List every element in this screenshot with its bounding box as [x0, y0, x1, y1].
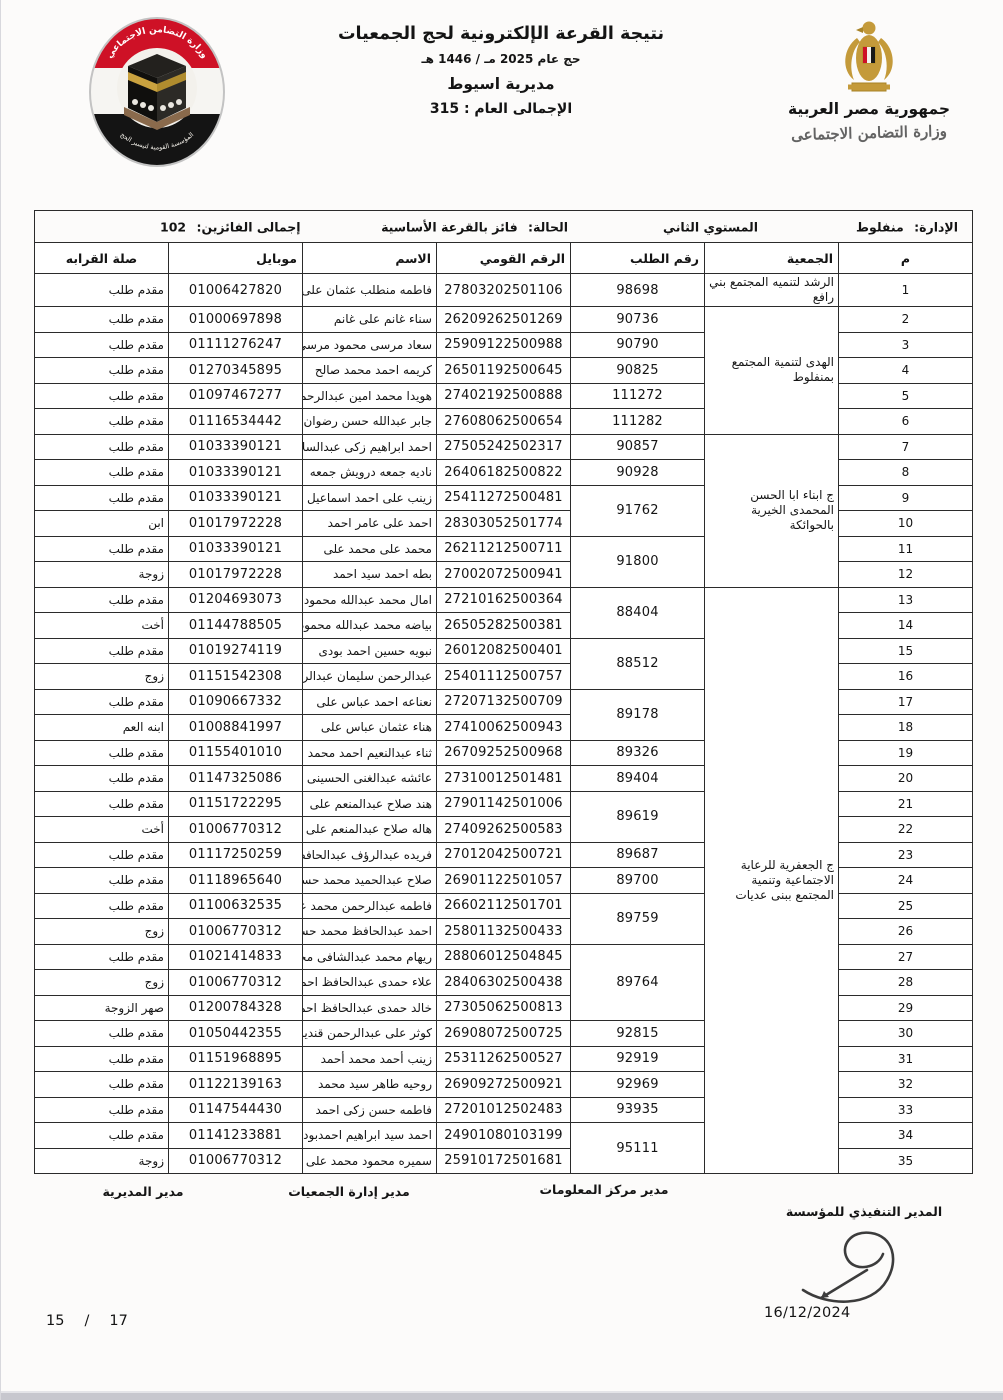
request-number-cell: 89700	[571, 868, 705, 894]
relation-cell: زوجة	[35, 1148, 169, 1174]
relation-cell: زوج	[35, 664, 169, 690]
directorate-title: مديرية اسيوط	[276, 75, 726, 93]
row-number-cell: 9	[839, 485, 973, 511]
national-id-cell: 27505242502317	[437, 434, 571, 460]
grand-total-value: 315	[430, 101, 459, 117]
administration-value: منفلوط	[856, 219, 904, 234]
mobile-cell: 01204693073	[169, 587, 303, 613]
row-number-cell: 20	[839, 766, 973, 792]
national-id-cell: 28406302500438	[437, 970, 571, 996]
mobile-cell: 01033390121	[169, 460, 303, 486]
administration-field: الإدارة: منفلوط	[856, 219, 958, 234]
relation-cell: زوج	[35, 970, 169, 996]
relation-cell: مقدم طلب	[35, 460, 169, 486]
pilgrim-name-cell: فاطمه منطلب عثمان على	[303, 274, 437, 307]
mobile-cell: 01151542308	[169, 664, 303, 690]
pilgrim-name-cell: هويدا محمد امين عبدالرحمن عيسى	[303, 383, 437, 409]
pilgrim-name-cell: فاطمه حسن زكى احمد	[303, 1097, 437, 1123]
administration-label: الإدارة:	[914, 219, 958, 234]
relation-cell: مقدم طلب	[35, 332, 169, 358]
national-id-cell: 27310012501481	[437, 766, 571, 792]
relation-cell: مقدم طلب	[35, 1046, 169, 1072]
mobile-cell: 01033390121	[169, 485, 303, 511]
hajj-foundation-badge: وزارة التضامن الاجتماعي المؤسسة القومية …	[85, 14, 229, 170]
row-number-cell: 4	[839, 358, 973, 384]
mobile-cell: 01006427820	[169, 274, 303, 307]
level-field: المستوي الثاني	[663, 219, 758, 234]
table-row: 13ج الجعفرية للرعاية الاجتماعية وتنمية ا…	[35, 587, 973, 613]
row-number-cell: 5	[839, 383, 973, 409]
pilgrim-name-cell: صلاح عبدالحميد محمد حسن	[303, 868, 437, 894]
row-number-cell: 33	[839, 1097, 973, 1123]
page-title: نتيجة القرعة الإلكترونية لحج الجمعيات	[276, 24, 726, 44]
mobile-cell: 01019274119	[169, 638, 303, 664]
relation-cell: مقدم طلب	[35, 409, 169, 435]
mobile-cell: 01122139163	[169, 1072, 303, 1098]
page-total: 17	[109, 1313, 127, 1329]
mobile-cell: 01017972228	[169, 562, 303, 588]
pilgrim-name-cell: ثناء عبدالنعيم احمد محمد	[303, 740, 437, 766]
document-date: 16/12/2024	[764, 1305, 851, 1321]
national-id-cell: 26012082500401	[437, 638, 571, 664]
relation-cell: مقدم طلب	[35, 485, 169, 511]
request-number-cell: 90825	[571, 358, 705, 384]
egypt-eagle-icon	[837, 16, 901, 96]
relation-cell: مقدم طلب	[35, 307, 169, 333]
national-id-cell: 27002072500941	[437, 562, 571, 588]
row-number-cell: 12	[839, 562, 973, 588]
mobile-cell: 01144788505	[169, 613, 303, 639]
pilgrim-name-cell: عائشه عبدالغنى الحسينى احمد	[303, 766, 437, 792]
row-number-cell: 24	[839, 868, 973, 894]
request-number-cell: 91800	[571, 536, 705, 587]
info-bar-row: الإدارة: منفلوط المستوي الثاني الحالة: ف…	[35, 211, 973, 243]
pilgrim-name-cell: كريمه احمد محمد صالح	[303, 358, 437, 384]
pilgrim-name-cell: سعاد مرسى محمود مرسى	[303, 332, 437, 358]
col-header-relation: صلة القرابه	[35, 243, 169, 274]
executive-signature-icon	[793, 1224, 928, 1314]
national-id-cell: 25311262500527	[437, 1046, 571, 1072]
national-id-cell: 27207132500709	[437, 689, 571, 715]
egypt-emblem-block: جمهورية مصر العربية وزارة التضامن الاجتم…	[769, 16, 969, 142]
national-id-cell: 27409262500583	[437, 817, 571, 843]
relation-cell: أخت	[35, 817, 169, 843]
row-number-cell: 21	[839, 791, 973, 817]
ministry-calligraphy: وزارة التضامن الاجتماعى	[769, 121, 969, 144]
row-number-cell: 26	[839, 919, 973, 945]
national-id-cell: 26406182500822	[437, 460, 571, 486]
relation-cell: مقدم طلب	[35, 638, 169, 664]
national-id-cell: 27402192500888	[437, 383, 571, 409]
row-number-cell: 19	[839, 740, 973, 766]
pilgrim-name-cell: هناء عثمان عباس على	[303, 715, 437, 741]
mobile-cell: 01141233881	[169, 1123, 303, 1149]
national-id-cell: 27210162500364	[437, 587, 571, 613]
relation-cell: مقدم طلب	[35, 1123, 169, 1149]
kaaba-badge-icon: وزارة التضامن الاجتماعي المؤسسة القومية …	[85, 14, 229, 170]
pilgrim-name-cell: عبدالرحمن سليمان عبدالرحمن ابوسكين	[303, 664, 437, 690]
request-number-cell: 89687	[571, 842, 705, 868]
pilgrim-name-cell: احمد عبدالحافظ محمد حسين شقر	[303, 919, 437, 945]
republic-title: جمهورية مصر العربية	[769, 100, 969, 118]
pilgrim-name-cell: علاء حمدى عبدالحافظ احمد	[303, 970, 437, 996]
request-number-cell: 91762	[571, 485, 705, 536]
mobile-cell: 01118965640	[169, 868, 303, 894]
row-number-cell: 6	[839, 409, 973, 435]
scan-edge-bar	[1, 1391, 1003, 1400]
request-number-cell: 88512	[571, 638, 705, 689]
mobile-cell: 01090667332	[169, 689, 303, 715]
winners-total-value: 102	[160, 219, 186, 234]
mobile-cell: 01270345895	[169, 358, 303, 384]
signatory-associations-manager: مدير إدارة الجمعيات	[269, 1184, 429, 1199]
mobile-cell: 01097467277	[169, 383, 303, 409]
mobile-cell: 01155401010	[169, 740, 303, 766]
national-id-cell: 26211212500711	[437, 536, 571, 562]
row-number-cell: 13	[839, 587, 973, 613]
national-id-cell: 27012042500721	[437, 842, 571, 868]
row-number-cell: 22	[839, 817, 973, 843]
row-number-cell: 15	[839, 638, 973, 664]
page-current: 15	[46, 1313, 64, 1329]
pilgrim-name-cell: سناء غانم على غانم	[303, 307, 437, 333]
table-row: 2الهدى لتنمية المجتمع بمنفلوط90736262092…	[35, 307, 973, 333]
row-number-cell: 17	[839, 689, 973, 715]
mobile-cell: 01008841997	[169, 715, 303, 741]
row-number-cell: 18	[839, 715, 973, 741]
status-label: الحالة:	[528, 219, 568, 234]
row-number-cell: 11	[839, 536, 973, 562]
row-number-cell: 29	[839, 995, 973, 1021]
col-header-mobile: موبايل	[169, 243, 303, 274]
relation-cell: مقدم طلب	[35, 587, 169, 613]
row-number-cell: 35	[839, 1148, 973, 1174]
header-center: نتيجة القرعة الإلكترونية لحج الجمعيات حج…	[276, 24, 726, 117]
mobile-cell: 01021414833	[169, 944, 303, 970]
signatory-directorate-manager: مدير المديرية	[73, 1184, 213, 1199]
relation-cell: مقدم طلب	[35, 434, 169, 460]
pilgrim-name-cell: كوثر على عبدالرحمن قنديل	[303, 1021, 437, 1047]
relation-cell: مقدم طلب	[35, 274, 169, 307]
relation-cell: مقدم طلب	[35, 944, 169, 970]
request-number-cell: 98698	[571, 274, 705, 307]
results-table: الإدارة: منفلوط المستوي الثاني الحالة: ف…	[34, 210, 973, 1174]
relation-cell: مقدم طلب	[35, 383, 169, 409]
national-id-cell: 24901080103199	[437, 1123, 571, 1149]
relation-cell: مقدم طلب	[35, 1097, 169, 1123]
request-number-cell: 90928	[571, 460, 705, 486]
relation-cell: ابن	[35, 511, 169, 537]
pilgrim-name-cell: امال محمد عبدالله محمود	[303, 587, 437, 613]
pilgrim-name-cell: هاله صلاح عبدالمنعم على	[303, 817, 437, 843]
relation-cell: مقدم طلب	[35, 1072, 169, 1098]
pilgrim-name-cell: فريده عبدالرؤف عبدالحافظ عبدالجواد	[303, 842, 437, 868]
request-number-cell: 89178	[571, 689, 705, 740]
row-number-cell: 23	[839, 842, 973, 868]
col-header-association: الجمعية	[705, 243, 839, 274]
pilgrim-name-cell: احمد ابراهيم زكى عبدالسلام	[303, 434, 437, 460]
pilgrim-name-cell: زينب أحمد محمد أحمد	[303, 1046, 437, 1072]
request-number-cell: 88404	[571, 587, 705, 638]
national-id-cell: 26501192500645	[437, 358, 571, 384]
relation-cell: مقدم طلب	[35, 842, 169, 868]
signatory-info-center-manager: مدير مركز المعلومات	[519, 1182, 689, 1197]
document-page: وزارة التضامن الاجتماعي المؤسسة القومية …	[0, 0, 1003, 1400]
col-header-name: الاسم	[303, 243, 437, 274]
row-number-cell: 1	[839, 274, 973, 307]
info-bar: الإدارة: منفلوط المستوي الثاني الحالة: ف…	[35, 211, 973, 243]
grand-total: الإجمالى العام : 315	[276, 101, 726, 117]
national-id-cell: 26908072500725	[437, 1021, 571, 1047]
request-number-cell: 111272	[571, 383, 705, 409]
national-id-cell: 27305062500813	[437, 995, 571, 1021]
row-number-cell: 34	[839, 1123, 973, 1149]
mobile-cell: 01151722295	[169, 791, 303, 817]
mobile-cell: 01147544430	[169, 1097, 303, 1123]
row-number-cell: 27	[839, 944, 973, 970]
national-id-cell: 27608062500654	[437, 409, 571, 435]
relation-cell: مقدم طلب	[35, 766, 169, 792]
col-header-request: رقم الطلب	[571, 243, 705, 274]
mobile-cell: 01033390121	[169, 434, 303, 460]
table-row: 7ج ابناء ابا الحسن المحمدى الخيرية بالحو…	[35, 434, 973, 460]
relation-cell: مقدم طلب	[35, 893, 169, 919]
mobile-cell: 01151968895	[169, 1046, 303, 1072]
pilgrim-name-cell: هند صلاح عبدالمنعم على	[303, 791, 437, 817]
relation-cell: صهر الزوجة	[35, 995, 169, 1021]
mobile-cell: 01100632535	[169, 893, 303, 919]
col-header-num: م	[839, 243, 973, 274]
pilgrim-name-cell: ناديه جمعه درويش جمعه	[303, 460, 437, 486]
national-id-cell: 27410062500943	[437, 715, 571, 741]
relation-cell: مقدم طلب	[35, 358, 169, 384]
mobile-cell: 01006770312	[169, 1148, 303, 1174]
row-number-cell: 10	[839, 511, 973, 537]
relation-cell: زوجة	[35, 562, 169, 588]
national-id-cell: 25411272500481	[437, 485, 571, 511]
request-number-cell: 90857	[571, 434, 705, 460]
request-number-cell: 93935	[571, 1097, 705, 1123]
request-number-cell: 92969	[571, 1072, 705, 1098]
relation-cell: مقدم طلب	[35, 536, 169, 562]
relation-cell: مقدم طلب	[35, 740, 169, 766]
relation-cell: مقدم طلب	[35, 1021, 169, 1047]
national-id-cell: 28806012504845	[437, 944, 571, 970]
request-number-cell: 89326	[571, 740, 705, 766]
page-indicator: 15 / 17	[46, 1313, 128, 1329]
mobile-cell: 01111276247	[169, 332, 303, 358]
row-number-cell: 30	[839, 1021, 973, 1047]
mobile-cell: 01000697898	[169, 307, 303, 333]
page-separator: /	[84, 1313, 89, 1329]
pilgrim-name-cell: محمد على محمد على	[303, 536, 437, 562]
mobile-cell: 01117250259	[169, 842, 303, 868]
relation-cell: مقدم طلب	[35, 689, 169, 715]
association-cell: ج الجعفرية للرعاية الاجتماعية وتنمية الم…	[705, 587, 839, 1174]
request-number-cell: 92919	[571, 1046, 705, 1072]
national-id-cell: 26901122501057	[437, 868, 571, 894]
pilgrim-name-cell: نعناعه احمد عباس على	[303, 689, 437, 715]
request-number-cell: 89759	[571, 893, 705, 944]
pilgrim-name-cell: بياضه محمد عبدالله محمود	[303, 613, 437, 639]
row-number-cell: 2	[839, 307, 973, 333]
mobile-cell: 01033390121	[169, 536, 303, 562]
national-id-cell: 25909122500988	[437, 332, 571, 358]
row-number-cell: 7	[839, 434, 973, 460]
grand-total-label: الإجمالى العام :	[464, 101, 572, 117]
results-table-head: الإدارة: منفلوط المستوي الثاني الحالة: ف…	[35, 211, 973, 274]
national-id-cell: 25401112500757	[437, 664, 571, 690]
pilgrim-name-cell: سميره محمود محمد على بودى	[303, 1148, 437, 1174]
signatory-executive-manager: المدير التنفيذي للمؤسسة	[779, 1204, 949, 1219]
pilgrim-name-cell: ريهام محمد عبدالشافى محمد	[303, 944, 437, 970]
pilgrim-name-cell: فاطمه عبدالرحمن محمد على	[303, 893, 437, 919]
pilgrim-name-cell: خالد حمدى عبدالحافظ احمد	[303, 995, 437, 1021]
mobile-cell: 01006770312	[169, 817, 303, 843]
column-header-row: م الجمعية رقم الطلب الرقم القومي الاسم م…	[35, 243, 973, 274]
mobile-cell: 01147325086	[169, 766, 303, 792]
pilgrim-name-cell: روحيه طاهر سيد محمد	[303, 1072, 437, 1098]
relation-cell: أخت	[35, 613, 169, 639]
relation-cell: مقدم طلب	[35, 791, 169, 817]
row-number-cell: 3	[839, 332, 973, 358]
mobile-cell: 01006770312	[169, 970, 303, 996]
mobile-cell: 01200784328	[169, 995, 303, 1021]
winners-total-field: إجمالى الفائزين: 102	[160, 219, 301, 234]
winners-total-label: إجمالى الفائزين:	[196, 219, 300, 234]
row-number-cell: 8	[839, 460, 973, 486]
association-cell: الرشد لتنميه المجتمع بني رافع	[705, 274, 839, 307]
results-tbody: 1الرشد لتنميه المجتمع بني رافع9869827803…	[35, 274, 973, 1174]
request-number-cell: 89619	[571, 791, 705, 842]
mobile-cell: 01116534442	[169, 409, 303, 435]
table-row: 1الرشد لتنميه المجتمع بني رافع9869827803…	[35, 274, 973, 307]
request-number-cell: 95111	[571, 1123, 705, 1174]
row-number-cell: 31	[839, 1046, 973, 1072]
status-field: الحالة: فائز بالقرعة الأساسية	[381, 219, 568, 234]
national-id-cell: 26209262501269	[437, 307, 571, 333]
row-number-cell: 14	[839, 613, 973, 639]
national-id-cell: 25801132500433	[437, 919, 571, 945]
pilgrim-name-cell: احمد على عامر احمد	[303, 511, 437, 537]
pilgrim-name-cell: جابر عبدالله حسن رضوان	[303, 409, 437, 435]
row-number-cell: 32	[839, 1072, 973, 1098]
national-id-cell: 26505282500381	[437, 613, 571, 639]
row-number-cell: 16	[839, 664, 973, 690]
national-id-cell: 26602112501701	[437, 893, 571, 919]
national-id-cell: 27201012502483	[437, 1097, 571, 1123]
row-number-cell: 25	[839, 893, 973, 919]
association-cell: ج ابناء ابا الحسن المحمدى الخيرية بالحوا…	[705, 434, 839, 587]
national-id-cell: 27901142501006	[437, 791, 571, 817]
national-id-cell: 26909272500921	[437, 1072, 571, 1098]
hajj-year-subtitle: حج عام 2025 مـ / 1446 هـ	[276, 52, 726, 66]
relation-cell: زوج	[35, 919, 169, 945]
col-header-national-id: الرقم القومي	[437, 243, 571, 274]
pilgrim-name-cell: بطه احمد سيد احمد	[303, 562, 437, 588]
mobile-cell: 01017972228	[169, 511, 303, 537]
request-number-cell: 89404	[571, 766, 705, 792]
national-id-cell: 27803202501106	[437, 274, 571, 307]
pilgrim-name-cell: نبويه حسين احمد بودى	[303, 638, 437, 664]
national-id-cell: 25910172501681	[437, 1148, 571, 1174]
pilgrim-name-cell: زينب على احمد اسماعيل	[303, 485, 437, 511]
request-number-cell: 90736	[571, 307, 705, 333]
request-number-cell: 90790	[571, 332, 705, 358]
national-id-cell: 28303052501774	[437, 511, 571, 537]
request-number-cell: 111282	[571, 409, 705, 435]
row-number-cell: 28	[839, 970, 973, 996]
relation-cell: مقدم طلب	[35, 868, 169, 894]
mobile-cell: 01050442355	[169, 1021, 303, 1047]
pilgrim-name-cell: احمد سيد ابراهيم احمدبودى	[303, 1123, 437, 1149]
request-number-cell: 92815	[571, 1021, 705, 1047]
status-value: فائز بالقرعة الأساسية	[381, 219, 518, 234]
request-number-cell: 89764	[571, 944, 705, 1021]
mobile-cell: 01006770312	[169, 919, 303, 945]
relation-cell: ابنه العم	[35, 715, 169, 741]
national-id-cell: 26709252500968	[437, 740, 571, 766]
association-cell: الهدى لتنمية المجتمع بمنفلوط	[705, 307, 839, 435]
